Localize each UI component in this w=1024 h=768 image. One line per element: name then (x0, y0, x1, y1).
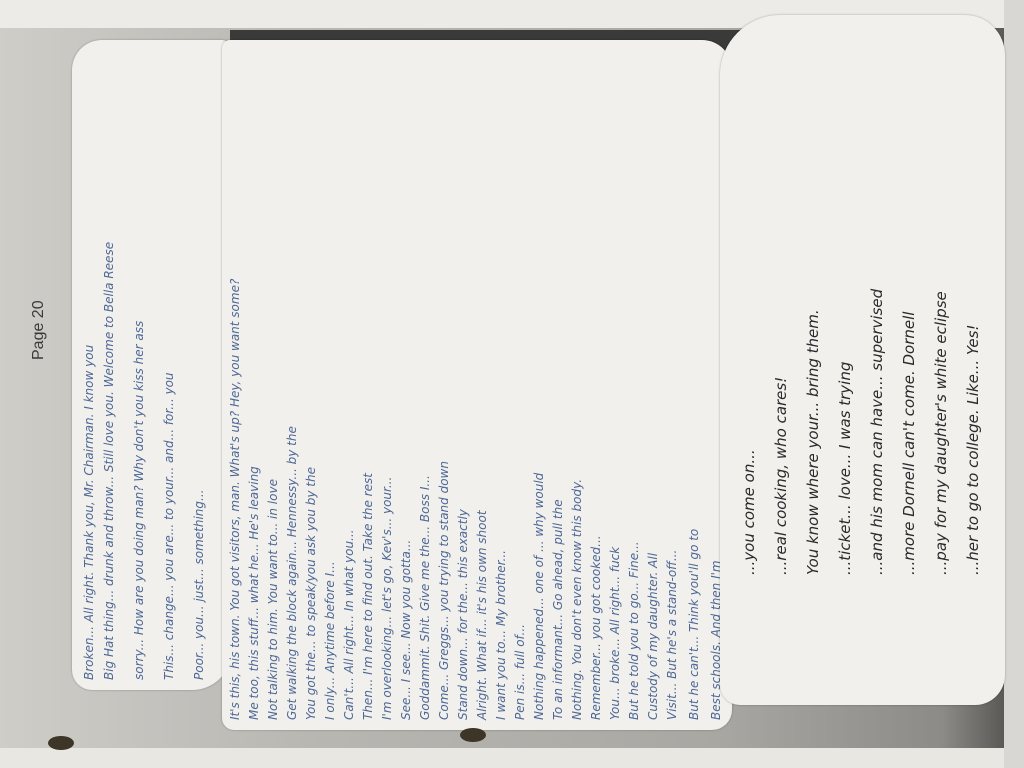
handwritten-line: I want you to... My brother... (494, 550, 508, 720)
handwritten-line: Me too, this stuff... what he... He's le… (247, 466, 261, 720)
handwritten-line: Big Hat thing... drunk and throw... Stil… (102, 242, 116, 680)
handwritten-line: But he told you to go... Fine... (627, 541, 641, 720)
handwritten-line: Visit... But he's a stand-off... (665, 550, 679, 720)
handwritten-line: Come... Greggs... you trying to stand do… (437, 461, 451, 720)
handwritten-line: Get walking the block again... Hennessy.… (285, 426, 299, 720)
handwritten-line: This... change... you are... to your... … (162, 372, 176, 680)
handwritten-line: You got the... to speak/you ask you by t… (304, 467, 318, 720)
handwritten-line: Can't... All right... In what you... (342, 530, 356, 721)
handwritten-line: Then... I'm here to find out. Take the r… (361, 473, 375, 720)
page-number-label: Page 20 (30, 300, 48, 360)
handwritten-line: Remember... you got cooked... (589, 535, 603, 720)
handwritten-line: sorry... How are you doing man? Why don'… (132, 321, 146, 680)
page-edge (1004, 0, 1024, 768)
right-paper-scrap: ...you come on... ...real cooking, who c… (720, 15, 1005, 705)
handwritten-line: Not talking to him. You want to... in lo… (266, 479, 280, 720)
handwritten-line: But he can't... Think you'll go to (687, 529, 701, 720)
handwritten-line: I'm overlooking... let's go, Kev's... yo… (380, 477, 394, 720)
handwritten-line: Pen is... full of... (513, 624, 527, 720)
handwritten-line: Custody of my daughter. All (646, 553, 660, 720)
handwritten-line: ...you come on... (740, 449, 758, 575)
handwritten-line: I only... Anytime before I... (323, 561, 337, 720)
handwritten-line: Stand down... for the... this exactly (456, 509, 470, 720)
handwritten-line: To an informant... Go ahead, pull the (551, 499, 565, 720)
handwritten-line: ...her to go to college. Like... Yes! (964, 325, 982, 575)
handwritten-line: Broken... All right. Thank you, Mr. Chai… (82, 345, 96, 680)
binder-hole (48, 736, 74, 750)
handwritten-line: Poor... you... just... something... (192, 490, 206, 680)
handwritten-line: ...more Dornell can't come. Dornell (900, 312, 918, 575)
handwritten-line: ...real cooking, who cares! (772, 377, 790, 575)
handwritten-line: Nothing happened... one of ... why would (532, 473, 546, 720)
handwritten-line: You... broke... All right... fuck (608, 547, 622, 720)
handwritten-line: Goddammit. Shit. Give me the... Boss I..… (418, 475, 432, 720)
binder-hole (460, 728, 486, 742)
handwritten-line: See... I see... Now you gotta... (399, 540, 413, 720)
handwritten-line: Alright. What if... it's his own shoot (475, 510, 489, 720)
handwritten-line: ...and his mom can have... supervised (868, 289, 886, 575)
left-paper-scrap: Broken... All right. Thank you, Mr. Chai… (72, 40, 232, 690)
handwritten-line: You know where your... bring them. (804, 309, 822, 575)
middle-paper-scrap: It's this, his town. You got visitors, m… (222, 40, 732, 730)
handwritten-line: ...pay for my daughter's white eclipse (932, 291, 950, 575)
handwritten-line: It's this, his town. You got visitors, m… (228, 279, 242, 720)
handwritten-line: ...ticket... love... I was trying (836, 362, 854, 575)
handwritten-line: Nothing. You don't even know this body. (570, 479, 584, 720)
